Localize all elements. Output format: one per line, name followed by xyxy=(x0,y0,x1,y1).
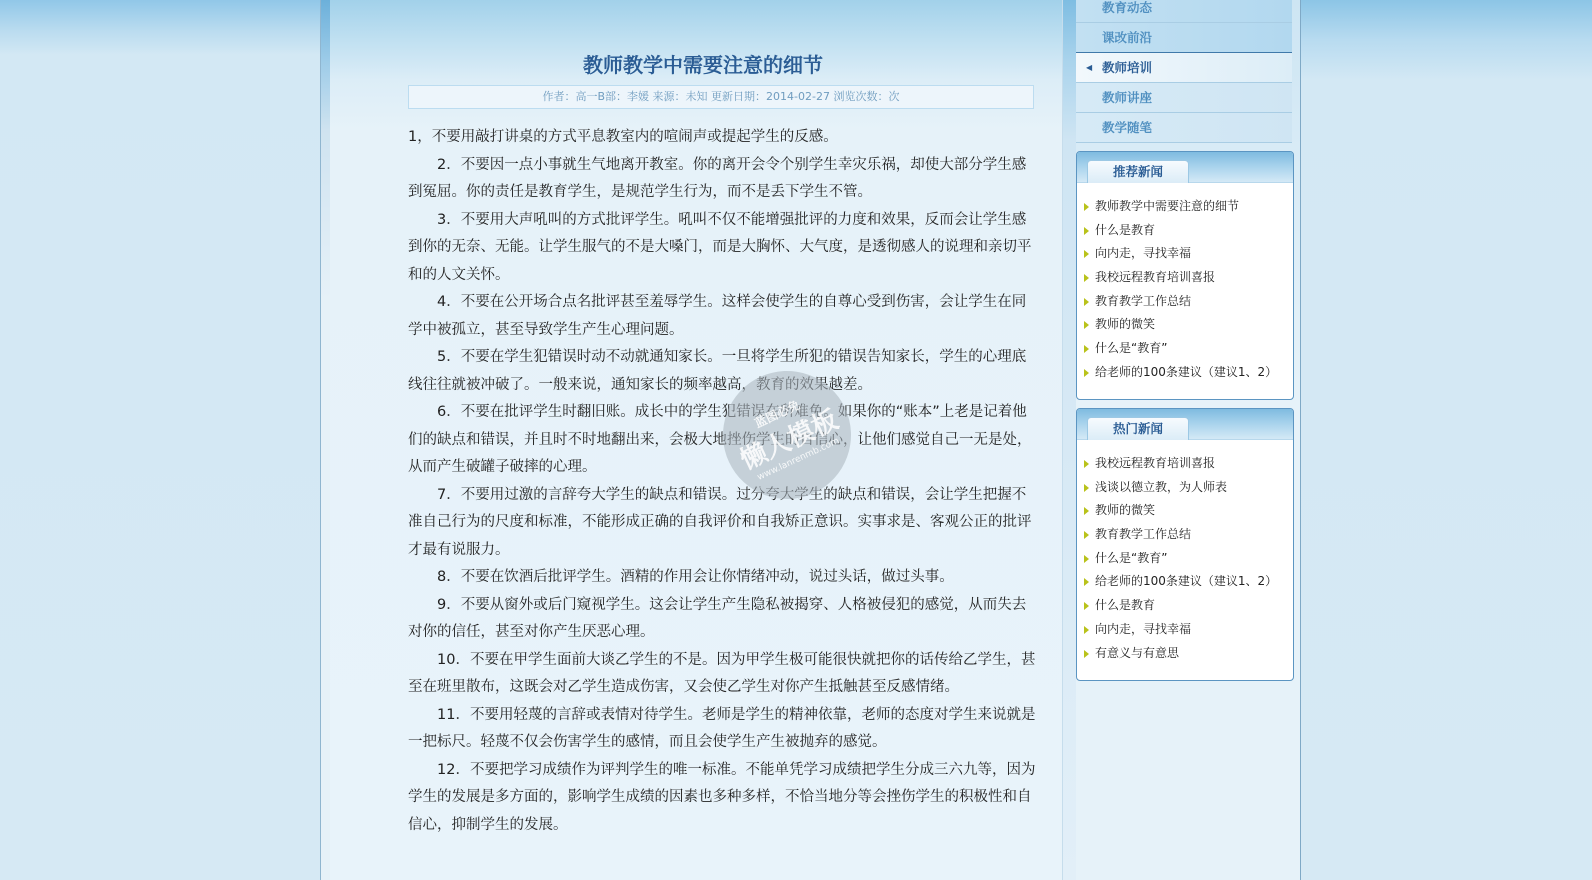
nav-item-label: 课改前沿 xyxy=(1102,30,1152,45)
nav-item-teacher-training[interactable]: ◀ 教师培训 xyxy=(1076,52,1292,83)
article-paragraph: 9．不要从窗外或后门窥视学生。这会让学生产生隐私被揭穿、人格被侵犯的感觉，从而失… xyxy=(408,592,1036,647)
article-paragraph: 3．不要用大声吼叫的方式批评学生。吼叫不仅不能增强批评的力度和效果，反而会让学生… xyxy=(408,207,1036,290)
article-body: 1，不要用敲打讲桌的方式平息教室内的喧闹声或提起学生的反感。 2．不要因一点小事… xyxy=(408,124,1036,839)
hot-news-box: 热门新闻 我校远程教育培训喜报 浅谈以德立教，为人师表 教师的微笑 教育教学工作… xyxy=(1076,408,1294,681)
article-paragraph: 7．不要用过激的言辞夸大学生的缺点和错误。过分夸大学生的缺点和错误，会让学生把握… xyxy=(408,482,1036,565)
news-link[interactable]: 向内走，寻找幸福 xyxy=(1084,618,1293,642)
news-link[interactable]: 给老师的100条建议（建议1、2） xyxy=(1084,570,1293,594)
article-paragraph: 8．不要在饮酒后批评学生。酒精的作用会让你情绪冲动，说过头话，做过头事。 xyxy=(408,564,1036,592)
news-link[interactable]: 什么是“教育” xyxy=(1084,337,1293,361)
hot-news-list: 我校远程教育培训喜报 浅谈以德立教，为人师表 教师的微笑 教育教学工作总结 什么… xyxy=(1077,440,1293,673)
bullet-arrow-icon xyxy=(1084,578,1089,586)
hot-news-header: 热门新闻 xyxy=(1077,409,1293,440)
news-link[interactable]: 教师的微笑 xyxy=(1084,499,1293,523)
article-paragraph: 10．不要在甲学生面前大谈乙学生的不是。因为甲学生极可能很快就把你的话传给乙学生… xyxy=(408,647,1036,702)
recommended-news-box: 推荐新闻 教师教学中需要注意的细节 什么是教育 向内走，寻找幸福 我校远程教育培… xyxy=(1076,151,1294,400)
news-link[interactable]: 什么是“教育” xyxy=(1084,547,1293,571)
news-link[interactable]: 什么是教育 xyxy=(1084,594,1293,618)
article-paragraph: 12．不要把学习成绩作为评判学生的唯一标准。不能单凭学习成绩把学生分成三六九等，… xyxy=(408,757,1036,840)
news-link-text: 教师教学中需要注意的细节 xyxy=(1095,199,1239,213)
news-link-text: 教师的微笑 xyxy=(1095,317,1155,331)
sidebar-divider xyxy=(1062,0,1077,880)
news-link-text: 什么是“教育” xyxy=(1095,341,1167,355)
bullet-arrow-icon xyxy=(1084,531,1089,539)
news-link[interactable]: 什么是教育 xyxy=(1084,219,1293,243)
bullet-arrow-icon xyxy=(1084,460,1089,468)
news-link-text: 什么是教育 xyxy=(1095,223,1155,237)
bullet-arrow-icon xyxy=(1084,507,1089,515)
news-link-text: 教师的微笑 xyxy=(1095,503,1155,517)
news-link-text: 有意义与有意思 xyxy=(1095,646,1179,660)
news-link[interactable]: 给老师的100条建议（建议1、2） xyxy=(1084,361,1293,385)
bullet-arrow-icon xyxy=(1084,650,1089,658)
bullet-arrow-icon xyxy=(1084,345,1089,353)
bullet-arrow-icon xyxy=(1084,321,1089,329)
news-link-text: 向内走，寻找幸福 xyxy=(1095,622,1191,636)
bullet-arrow-icon xyxy=(1084,626,1089,634)
hot-news-tab[interactable]: 热门新闻 xyxy=(1087,417,1189,440)
article-main: 教师教学中需要注意的细节 作者：高一B部：李媛 来源：未知 更新日期：2014-… xyxy=(330,0,1076,880)
bullet-arrow-icon xyxy=(1084,227,1089,235)
news-link[interactable]: 教师教学中需要注意的细节 xyxy=(1084,195,1293,219)
sidebar: 教育动态 课改前沿 ◀ 教师培训 教师讲座 教学随笔 推荐新闻 教师教学中需要注… xyxy=(1076,0,1301,880)
article-title: 教师教学中需要注意的细节 xyxy=(330,49,1076,78)
news-link-text: 给老师的100条建议（建议1、2） xyxy=(1095,574,1277,588)
news-link[interactable]: 教育教学工作总结 xyxy=(1084,523,1293,547)
news-link[interactable]: 我校远程教育培训喜报 xyxy=(1084,452,1293,476)
bullet-arrow-icon xyxy=(1084,555,1089,563)
article-paragraph: 4．不要在公开场合点名批评甚至羞辱学生。这样会使学生的自尊心受到伤害，会让学生在… xyxy=(408,289,1036,344)
nav-item-label: 教师培训 xyxy=(1102,60,1152,75)
bullet-arrow-icon xyxy=(1084,250,1089,258)
nav-item-label: 教育动态 xyxy=(1102,0,1152,15)
article-paragraph: 5．不要在学生犯错误时动不动就通知家长。一旦将学生所犯的错误告知家长，学生的心理… xyxy=(408,344,1036,399)
news-link-text: 浅谈以德立教，为人师表 xyxy=(1095,480,1227,494)
news-link-text: 向内走，寻找幸福 xyxy=(1095,246,1191,260)
recommended-news-tab[interactable]: 推荐新闻 xyxy=(1087,160,1189,183)
nav-item-teacher-lectures[interactable]: 教师讲座 xyxy=(1076,83,1292,113)
nav-item-teaching-notes[interactable]: 教学随笔 xyxy=(1076,113,1292,143)
bullet-arrow-icon xyxy=(1084,369,1089,377)
news-link-text: 什么是教育 xyxy=(1095,598,1155,612)
category-nav: 教育动态 课改前沿 ◀ 教师培训 教师讲座 教学随笔 xyxy=(1076,0,1292,143)
news-link[interactable]: 浅谈以德立教，为人师表 xyxy=(1084,476,1293,500)
news-link-text: 给老师的100条建议（建议1、2） xyxy=(1095,365,1277,379)
nav-item-curriculum-reform[interactable]: 课改前沿 xyxy=(1076,23,1292,53)
news-link[interactable]: 向内走，寻找幸福 xyxy=(1084,242,1293,266)
news-link-text: 教育教学工作总结 xyxy=(1095,527,1191,541)
news-link[interactable]: 教师的微笑 xyxy=(1084,313,1293,337)
nav-item-education-news[interactable]: 教育动态 xyxy=(1076,0,1292,23)
article-meta: 作者：高一B部：李媛 来源：未知 更新日期：2014-02-27 浏览次数：次 xyxy=(408,85,1034,109)
bullet-arrow-icon xyxy=(1084,203,1089,211)
news-link-text: 我校远程教育培训喜报 xyxy=(1095,270,1215,284)
bullet-arrow-icon xyxy=(1084,298,1089,306)
page-right-background xyxy=(1301,0,1592,880)
article-paragraph: 1，不要用敲打讲桌的方式平息教室内的喧闹声或提起学生的反感。 xyxy=(408,124,1036,152)
news-link[interactable]: 我校远程教育培训喜报 xyxy=(1084,266,1293,290)
news-link-text: 教育教学工作总结 xyxy=(1095,294,1191,308)
recommended-news-header: 推荐新闻 xyxy=(1077,152,1293,183)
article-paragraph: 2．不要因一点小事就生气地离开教室。你的离开会令个别学生幸灾乐祸，却使大部分学生… xyxy=(408,152,1036,207)
news-link-text: 什么是“教育” xyxy=(1095,551,1167,565)
article-paragraph: 11．不要用轻蔑的言辞或表情对待学生。老师是学生的精神依靠，老师的态度对学生来说… xyxy=(408,702,1036,757)
active-arrow-icon: ◀ xyxy=(1086,53,1092,82)
nav-item-label: 教学随笔 xyxy=(1102,120,1152,135)
nav-item-label: 教师讲座 xyxy=(1102,90,1152,105)
recommended-news-list: 教师教学中需要注意的细节 什么是教育 向内走，寻找幸福 我校远程教育培训喜报 教… xyxy=(1077,183,1293,393)
news-link-text: 我校远程教育培训喜报 xyxy=(1095,456,1215,470)
bullet-arrow-icon xyxy=(1084,602,1089,610)
bullet-arrow-icon xyxy=(1084,484,1089,492)
bullet-arrow-icon xyxy=(1084,274,1089,282)
news-link[interactable]: 教育教学工作总结 xyxy=(1084,290,1293,314)
news-link[interactable]: 有意义与有意思 xyxy=(1084,642,1293,666)
